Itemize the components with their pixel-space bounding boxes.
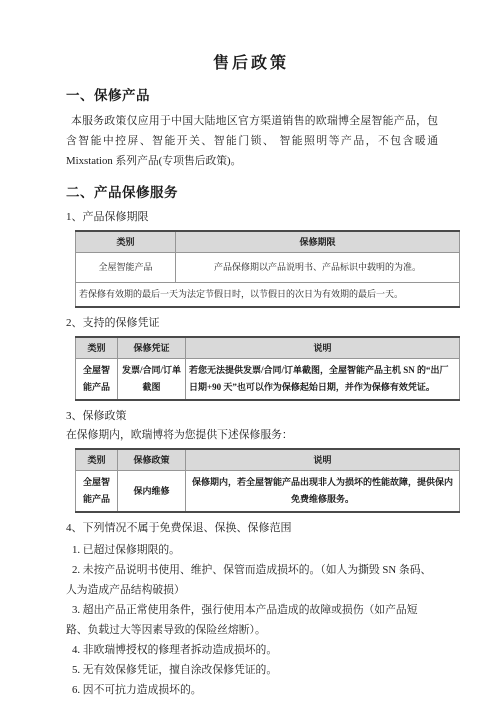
document-title: 售后政策 bbox=[66, 54, 436, 74]
table-row: 全屋智能产品 保内维修 保修期内，若全屋智能产品出现非人为损坏的性能故障，提供保… bbox=[76, 471, 460, 513]
column-header: 说明 bbox=[186, 337, 460, 359]
column-header: 保修政策 bbox=[118, 449, 186, 471]
subsection-3-heading: 3、保修政策 bbox=[66, 409, 460, 424]
table-row: 全屋智能产品 产品保修期以产品说明书、产品标识中载明的为准。 bbox=[76, 253, 460, 283]
period-cell: 产品保修期以产品说明书、产品标识中载明的为准。 bbox=[176, 253, 460, 283]
exclusion-item: 1. 已超过保修期限的。 bbox=[66, 540, 438, 560]
table-header-row: 类别 保修政策 说明 bbox=[76, 449, 460, 471]
proof-cell: 发票/合同/订单截图 bbox=[118, 359, 186, 401]
warranty-policy-table: 类别 保修政策 说明 全屋智能产品 保内维修 保修期内，若全屋智能产品出现非人为… bbox=[75, 448, 460, 513]
warranty-proof-table: 类别 保修凭证 说明 全屋智能产品 发票/合同/订单截图 若您无法提供发票/合同… bbox=[75, 336, 460, 401]
column-header: 保修凭证 bbox=[118, 337, 186, 359]
section-1-heading: 一、保修产品 bbox=[66, 87, 460, 105]
column-header: 类别 bbox=[76, 449, 118, 471]
exclusion-item: 3. 超出产品正常使用条件，强行使用本产品造成的故障或损伤（如产品短路、负载过大… bbox=[66, 600, 438, 640]
category-cell: 全屋智能产品 bbox=[76, 359, 118, 401]
column-header: 类别 bbox=[76, 337, 118, 359]
note-cell: 若保修有效期的最后一天为法定节假日时，以节假日的次日为有效期的最后一天。 bbox=[76, 283, 460, 308]
category-cell: 全屋智能产品 bbox=[76, 253, 176, 283]
section-1-paragraph: 本服务政策仅应用于中国大陆地区官方渠道销售的欧瑞博全屋智能产品，包含智能中控屏、… bbox=[66, 111, 438, 171]
description-cell: 保修期内，若全屋智能产品出现非人为损坏的性能故障，提供保内免费维修服务。 bbox=[186, 471, 460, 513]
subsection-4-heading: 4、下列情况不属于免费保退、保换、保修范围 bbox=[66, 521, 460, 536]
exclusion-item: 2. 未按产品说明书使用、维护、保管而造成损坏的。（如人为撕毁 SN 条码、人为… bbox=[66, 560, 438, 600]
exclusion-item: 5. 无有效保修凭证，擅自涂改保修凭证的。 bbox=[66, 660, 438, 680]
description-cell: 若您无法提供发票/合同/订单截图，全屋智能产品主机 SN 的“出厂日期+90 天… bbox=[186, 359, 460, 401]
table-note-row: 若保修有效期的最后一天为法定节假日时，以节假日的次日为有效期的最后一天。 bbox=[76, 283, 460, 308]
subsection-2-heading: 2、支持的保修凭证 bbox=[66, 316, 460, 331]
document-page: 售后政策 一、保修产品 本服务政策仅应用于中国大陆地区官方渠道销售的欧瑞博全屋智… bbox=[0, 0, 500, 707]
table-header-row: 类别 保修凭证 说明 bbox=[76, 337, 460, 359]
table-header-row: 类别 保修期限 bbox=[76, 231, 460, 253]
subsection-1-heading: 1、产品保修期限 bbox=[66, 210, 460, 225]
category-cell: 全屋智能产品 bbox=[76, 471, 118, 513]
policy-cell: 保内维修 bbox=[118, 471, 186, 513]
warranty-period-table: 类别 保修期限 全屋智能产品 产品保修期以产品说明书、产品标识中载明的为准。 若… bbox=[75, 230, 460, 308]
exclusion-item: 6. 因不可抗力造成损坏的。 bbox=[66, 680, 438, 700]
exclusion-item: 4. 非欧瑞博授权的修理者拆动造成损坏的。 bbox=[66, 640, 438, 660]
section-2-heading: 二、产品保修服务 bbox=[66, 184, 460, 202]
table-row: 全屋智能产品 发票/合同/订单截图 若您无法提供发票/合同/订单截图，全屋智能产… bbox=[76, 359, 460, 401]
column-header: 保修期限 bbox=[176, 231, 460, 253]
column-header: 类别 bbox=[76, 231, 176, 253]
column-header: 说明 bbox=[186, 449, 460, 471]
subsection-3-intro: 在保修期内，欧瑞博将为您提供下述保修服务： bbox=[66, 428, 438, 443]
